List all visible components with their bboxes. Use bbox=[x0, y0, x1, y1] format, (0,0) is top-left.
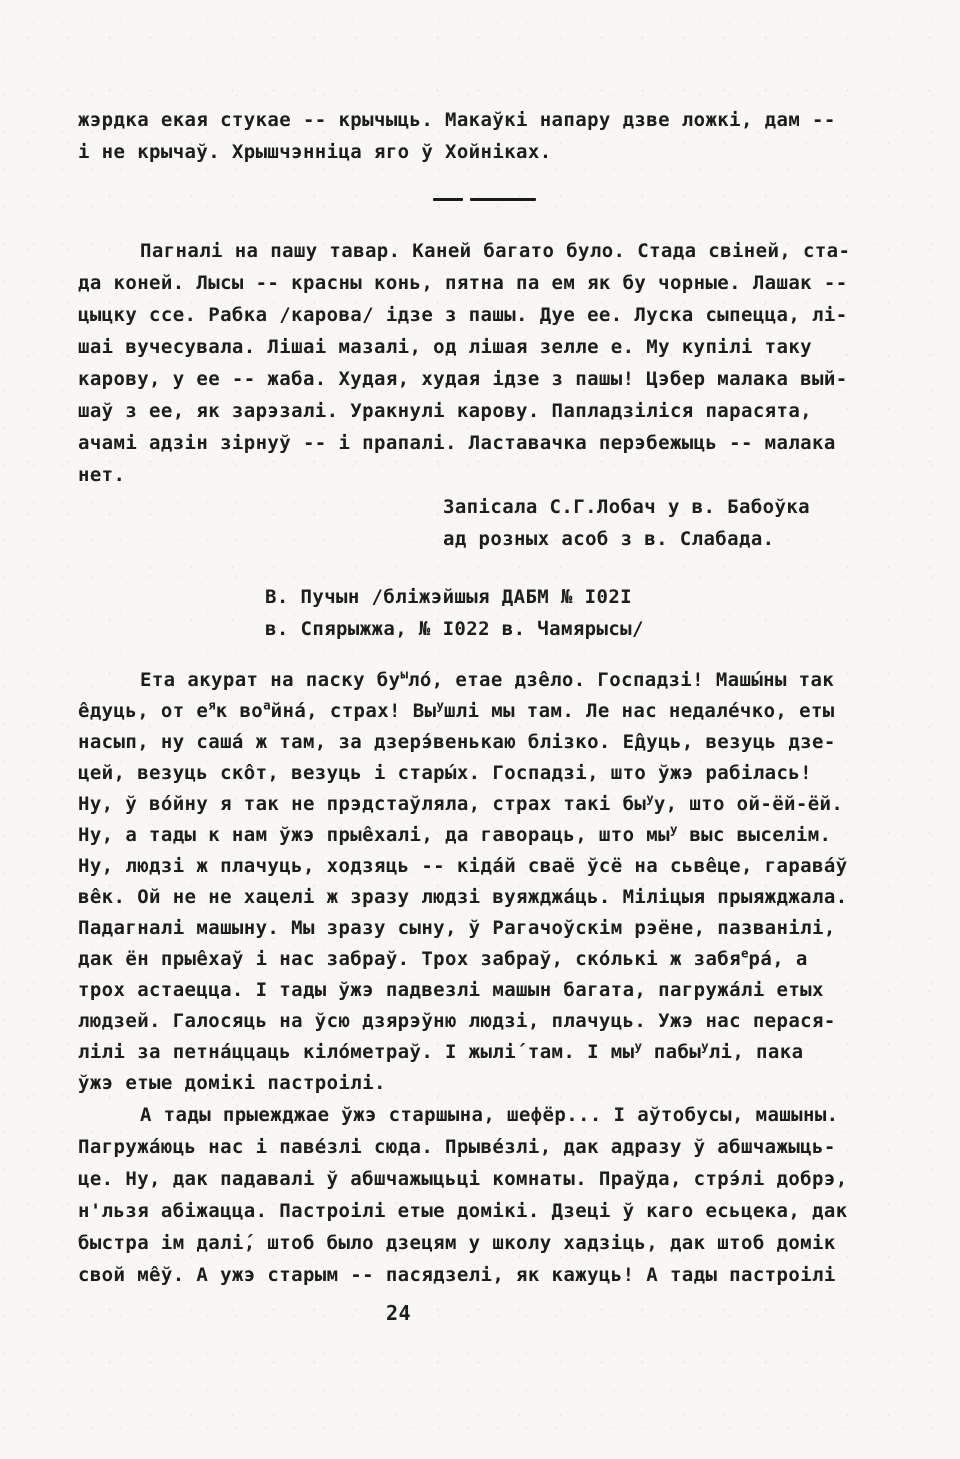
text-line: насып, ну саша́ ж там, за дзерэ́венькаю … bbox=[78, 727, 890, 758]
heading-line: В. Пучын /бліжэйшыя ДАБМ № I02I bbox=[265, 581, 890, 613]
text-line: цыцку ссе. Рабка /карова/ ідзе з пашы. Д… bbox=[78, 299, 890, 331]
section-divider bbox=[429, 198, 539, 201]
page-number: 24 bbox=[78, 1297, 890, 1329]
attribution-line: ад розных асоб з в. Слабада. bbox=[443, 523, 890, 555]
divider-dash bbox=[433, 198, 463, 201]
text-line: Пагналі на пашу тавар. Каней багато було… bbox=[78, 235, 890, 267]
main-paragraph: Ета акурат на паску буыло́, етае дзе̂ло.… bbox=[78, 665, 890, 1099]
attribution: Запісала С.Г.Лобач у в. Бабоўка ад розны… bbox=[443, 491, 890, 555]
text-line: Ета акурат на паску буыло́, етае дзе̂ло.… bbox=[78, 665, 890, 696]
story-paragraph: Пагналі на пашу тавар. Каней багато було… bbox=[78, 235, 890, 491]
closing-paragraph: А тады прыежджае ўжэ старшына, шефёр... … bbox=[78, 1099, 890, 1291]
text-line: А тады прыежджае ўжэ старшына, шефёр... … bbox=[78, 1099, 890, 1131]
text-line: нет. bbox=[78, 459, 890, 491]
text-line: жэрдка екая стукае -- крычыць. Макаўкі н… bbox=[78, 104, 890, 136]
text-line: ачамі адзін зірнуў -- і прапалі. Ластава… bbox=[78, 427, 890, 459]
text-line: н'льзя абіжацца. Пастроілі етые домікі. … bbox=[78, 1195, 890, 1227]
text-line: Ну, ў во́йну я так не прэдстаўляла, стра… bbox=[78, 789, 890, 820]
text-line: свой ме̂ў. А ужэ старым -- пасядзелі, як… bbox=[78, 1259, 890, 1291]
text-line: Падагналі машыну. Мы зразу сыну, ў Рагач… bbox=[78, 913, 890, 944]
document-page: жэрдка екая стукае -- крычыць. Макаўкі н… bbox=[0, 0, 960, 1459]
text-line: лілі за петна́ццаць кіло́метраў. І жылі́… bbox=[78, 1037, 890, 1068]
text-line: шаў з ее, як зарэзалі. Уракнулі карову. … bbox=[78, 395, 890, 427]
text-column: жэрдка екая стукае -- крычыць. Макаўкі н… bbox=[78, 104, 890, 1329]
text-line: Пагружа́юць нас і паве́злі сюда. Прыве́з… bbox=[78, 1131, 890, 1163]
text-line: ўжэ етые домікі пастроілі. bbox=[78, 1068, 890, 1099]
text-line: Ну, а тады к нам ўжэ прые̂халі, да гавор… bbox=[78, 820, 890, 851]
text-line: е̂дуць, от еяк воайна́, страх! Выушлі мы… bbox=[78, 696, 890, 727]
text-line: трох астаецца. І тады ўжэ падвезлі машын… bbox=[78, 975, 890, 1006]
text-line: шаі вучесувала. Лішаі мазалі, од лішая з… bbox=[78, 331, 890, 363]
text-line: дак ён прые̂хаў і нас забраў. Трох забра… bbox=[78, 944, 890, 975]
text-line: Ну, людзі ж плачуць, ходзяць -- кіда́й с… bbox=[78, 851, 890, 882]
text-line: карову, у ее -- жаба. Худая, худая ідзе … bbox=[78, 363, 890, 395]
text-line: людзей. Галосяць на ўсю дзярэўню людзі, … bbox=[78, 1006, 890, 1037]
text-line: і не крычаў. Хрышчэнніца яго ў Хойніках. bbox=[78, 136, 890, 168]
text-line: це. Ну, дак падавалі ў абшчажыцьці комна… bbox=[78, 1163, 890, 1195]
attribution-line: Запісала С.Г.Лобач у в. Бабоўка bbox=[443, 491, 890, 523]
text-line: ве̂к. Ой не не хацелі ж зразу людзі вуяж… bbox=[78, 882, 890, 913]
intro-paragraph: жэрдка екая стукае -- крычыць. Макаўкі н… bbox=[78, 104, 890, 168]
text-line: быстра ім далі́, штоб было дзецям у школ… bbox=[78, 1227, 890, 1259]
text-line: да коней. Лысы -- красны конь, пятна па … bbox=[78, 267, 890, 299]
heading-line: в. Спярыжжа, № I022 в. Чамярысы/ bbox=[265, 613, 890, 645]
section-heading: В. Пучын /бліжэйшыя ДАБМ № I02I в. Спяры… bbox=[265, 581, 890, 645]
divider-dash bbox=[470, 198, 536, 201]
text-line: цей, везуць ско̂т, везуць і стары́х. Гос… bbox=[78, 758, 890, 789]
